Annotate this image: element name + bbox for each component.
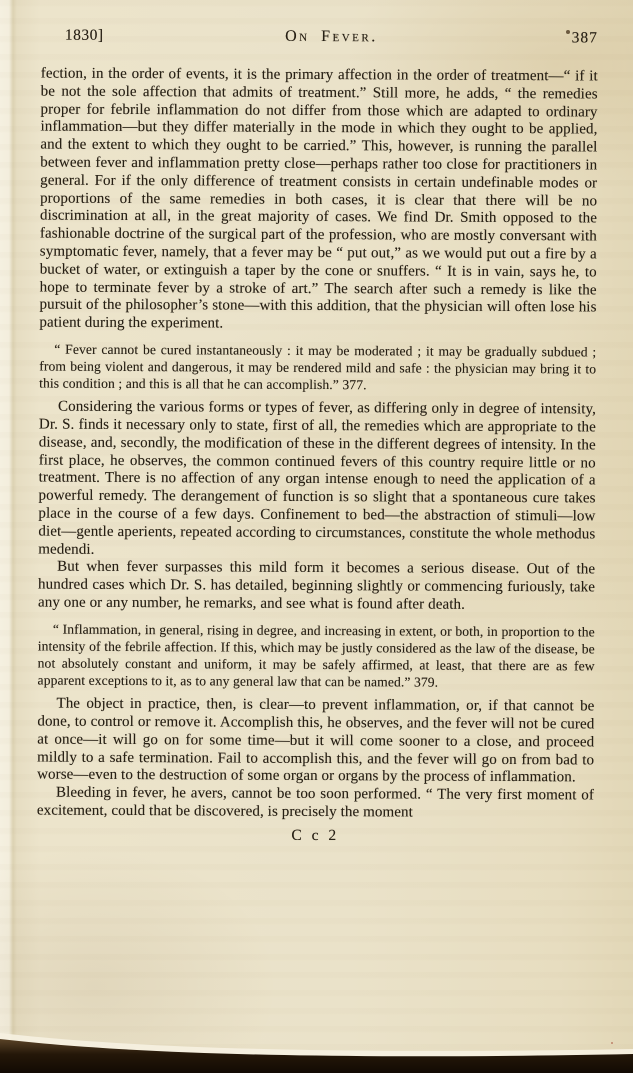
- paragraph-continuation: fection, in the order of events, it is t…: [39, 66, 597, 336]
- book-page-scan: 1830] On Fever. 387 fection, in the orde…: [0, 0, 633, 1073]
- header-year: 1830]: [65, 27, 104, 45]
- text-column: 1830] On Fever. 387 fection, in the orde…: [37, 27, 598, 847]
- running-header: 1830] On Fever. 387: [41, 27, 598, 48]
- paragraph: Bleeding in fever, he avers, cannot be t…: [37, 785, 594, 824]
- header-page-number: 387: [572, 29, 598, 47]
- signature-mark: C c 2: [37, 825, 594, 846]
- block-quote-377: “ Fever cannot be cured instantaneously …: [39, 340, 596, 394]
- page-bottom-edge: [0, 1027, 633, 1073]
- block-quote-379: “ Inflammation, in general, rising in de…: [38, 620, 595, 691]
- header-title: On Fever.: [285, 28, 378, 46]
- paragraph: But when fever surpasses this mild form …: [38, 559, 595, 615]
- paragraph: The object in practice, then, is clear—t…: [37, 696, 594, 788]
- paragraph: Considering the various forms or types o…: [38, 399, 596, 562]
